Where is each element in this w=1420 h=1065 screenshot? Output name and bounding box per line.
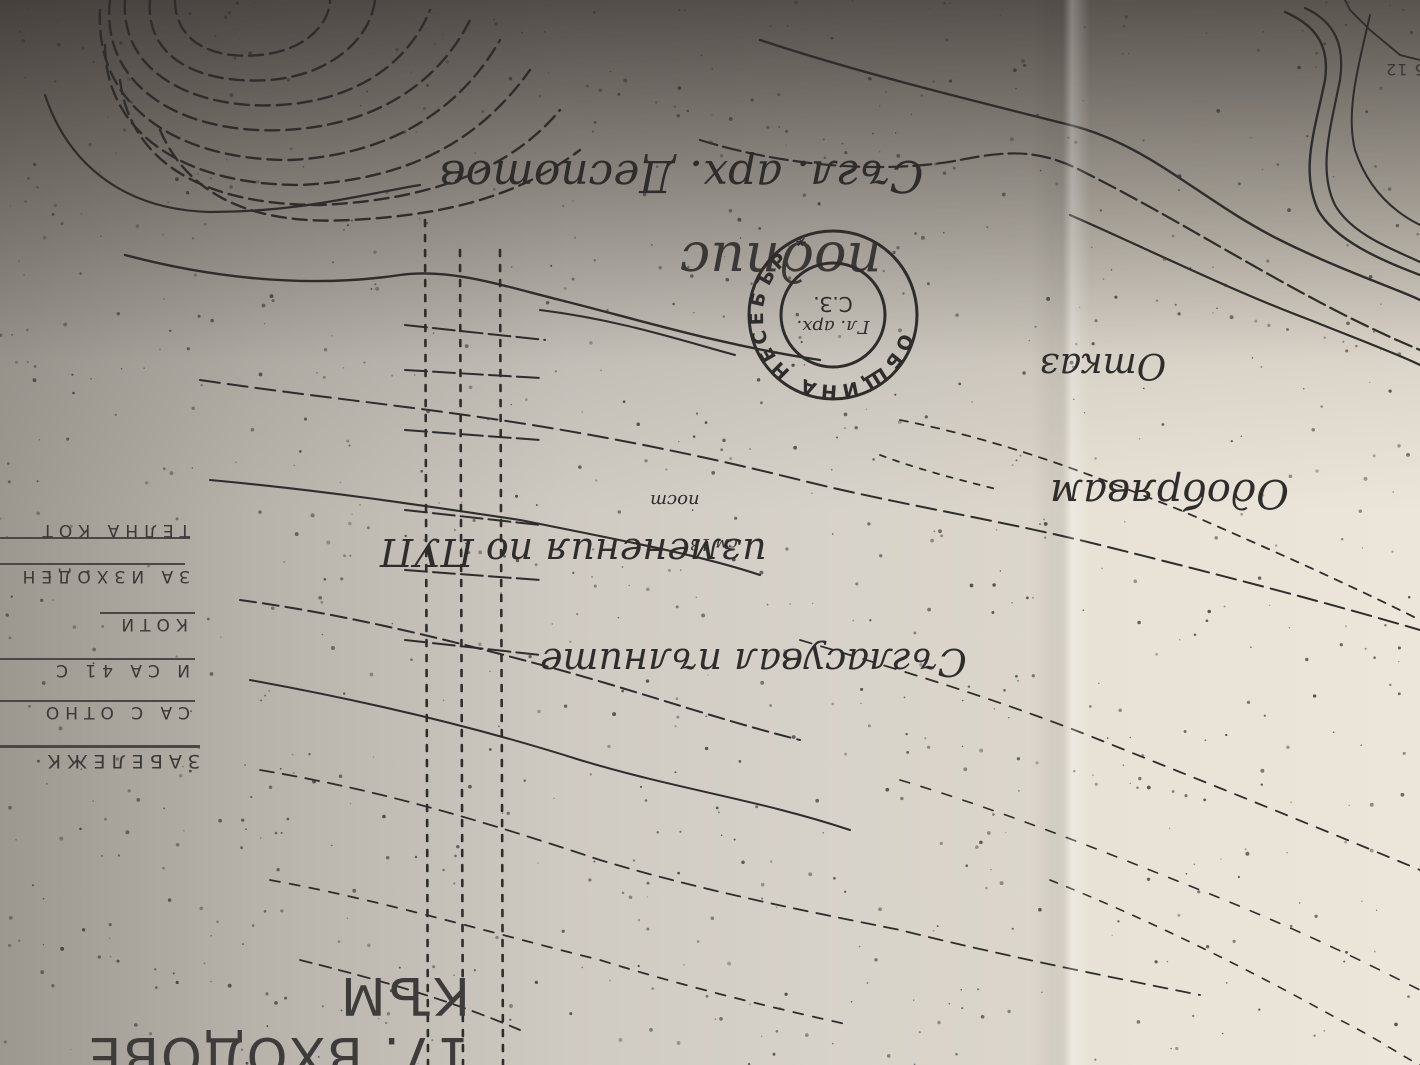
paper-fold-shadow [1030, 0, 1090, 1065]
handwritten-signature-line: Съгл. арх. Деспотов [440, 150, 924, 201]
handwritten-small-note: пост [650, 490, 700, 511]
handwritten-small-note: см 13 [690, 535, 738, 554]
note-line: И СА 41 С [0, 660, 190, 680]
handwritten-signature: подпис [680, 230, 881, 293]
notes-heading: ЗАБЕЛЕЖК [0, 750, 200, 772]
svg-text:С.З.: С.З. [813, 292, 853, 316]
note-rule [0, 745, 200, 748]
handwritten-annotation: Съгласувал пълните [540, 640, 967, 684]
handwritten-label: Отказ [1040, 345, 1166, 386]
note-line: СА С ОТНО [0, 702, 190, 722]
map-numbers-label: 25 12 [1385, 60, 1420, 79]
note-line: ТЕЛНА КОТ [0, 520, 190, 540]
map-title: 17. ВХОДОВЕ КЪМ [0, 990, 470, 1060]
handwritten-annotation: Одобрявам [1050, 470, 1289, 516]
note-line: ЗА ИЗХОДЕН [0, 566, 190, 586]
svg-text:Гл. арх.: Гл. арх. [797, 316, 871, 337]
note-rule [0, 563, 185, 565]
note-line: КОТИ [98, 614, 188, 634]
